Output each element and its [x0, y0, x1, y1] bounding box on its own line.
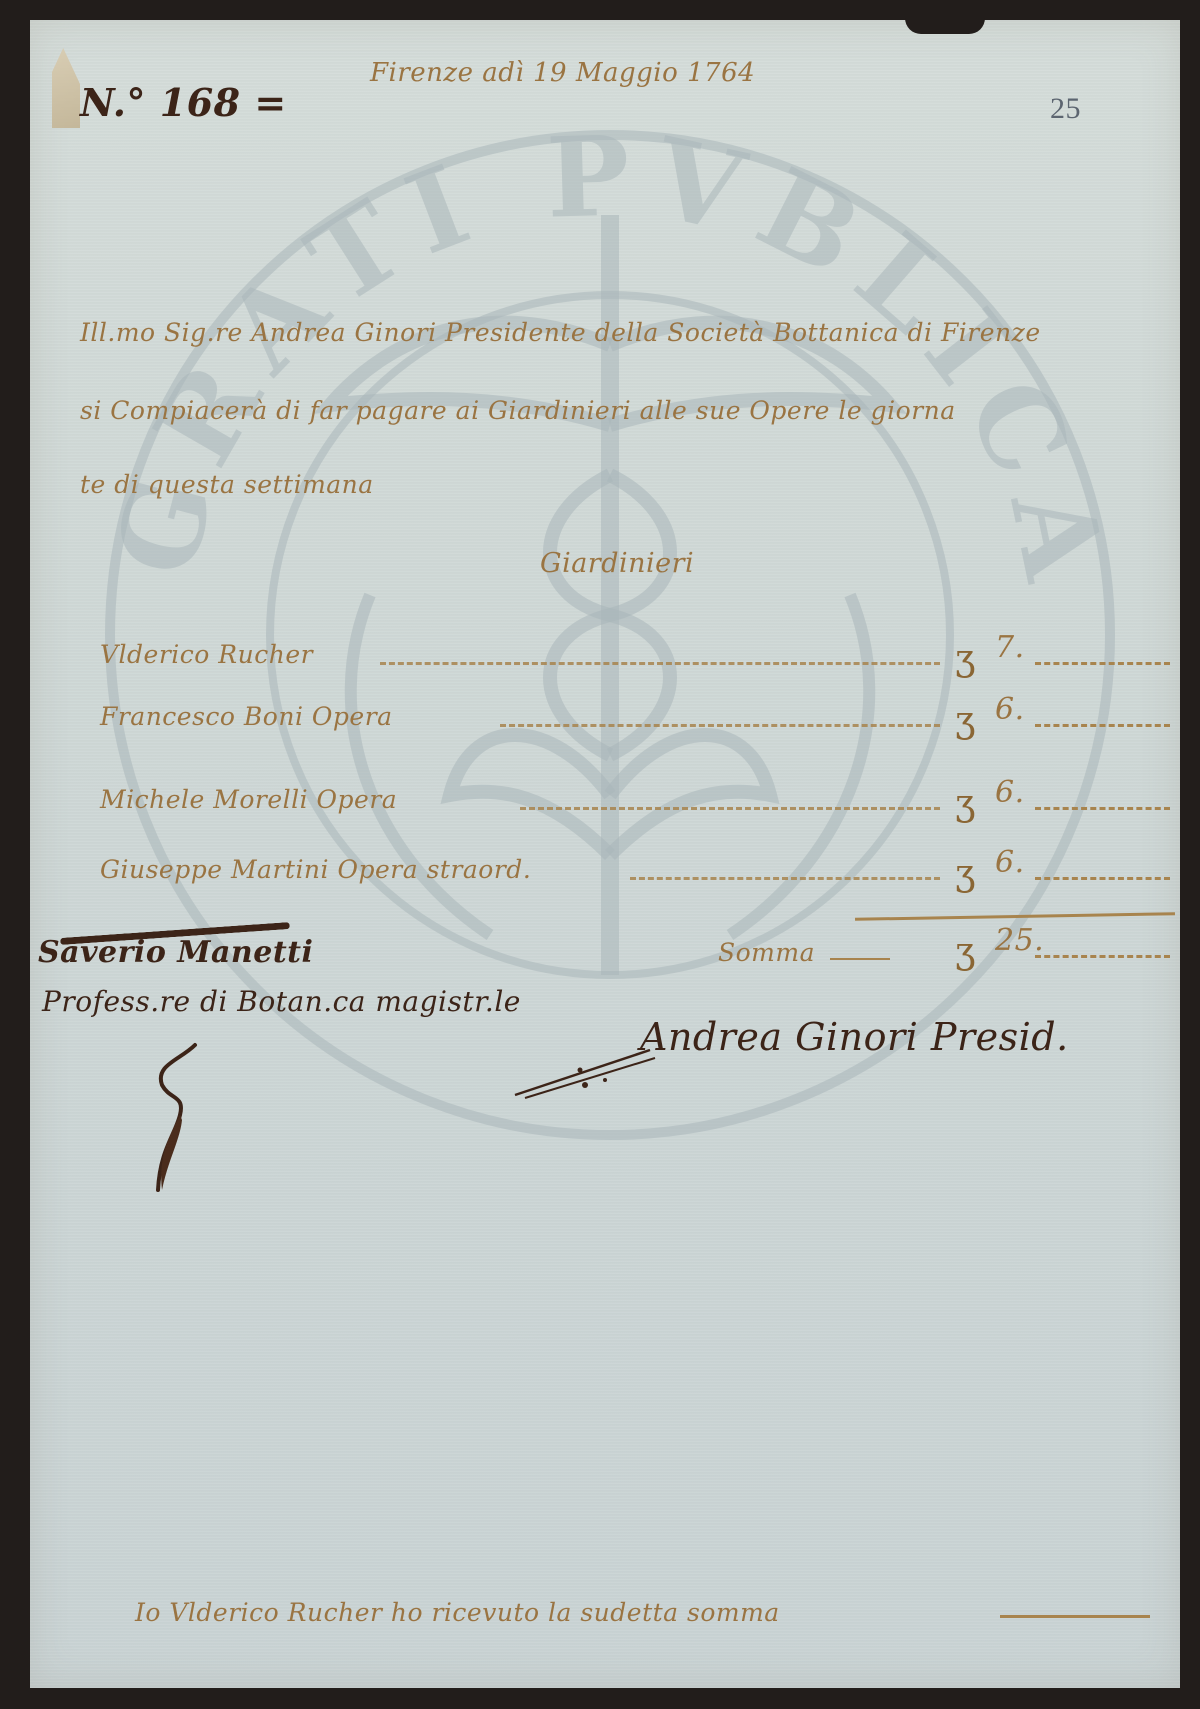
- ledger-amount: 7.: [995, 630, 1025, 665]
- scudi-symbol-icon: ʒ: [955, 783, 975, 824]
- scudi-symbol-icon: ʒ: [955, 931, 975, 972]
- body-line-3: te di questa settimana: [80, 470, 374, 499]
- ledger-name: Vlderico Rucher: [100, 640, 313, 669]
- leader-dots: [630, 877, 940, 880]
- date-line: Firenze adì 19 Maggio 1764: [370, 58, 755, 88]
- receipt-rule: [1000, 1615, 1150, 1618]
- leader-tail: [1035, 662, 1170, 665]
- leader-tail: [1035, 807, 1170, 810]
- signature-manetti-name: Saverio Manetti: [38, 935, 313, 970]
- ledger-amount: 6.: [995, 692, 1025, 727]
- ledger-name: Francesco Boni Opera: [100, 702, 393, 731]
- torn-corner: [52, 48, 80, 128]
- reference-number: N.° 168 =: [80, 80, 287, 125]
- signature-manetti-title: Profess.re di Botan.ca magistr.le: [42, 985, 521, 1018]
- ledger-name: Giuseppe Martini Opera straord.: [100, 855, 531, 884]
- scudi-symbol-icon: ʒ: [955, 700, 975, 741]
- leader-tail: [1035, 955, 1170, 958]
- scudi-symbol-icon: ʒ: [955, 638, 975, 679]
- body-line-2: si Compiacerà di far pagare ai Giardinie…: [80, 396, 956, 425]
- leader-tail: [1035, 724, 1170, 727]
- signature-flourish-icon: [510, 1030, 660, 1100]
- ledger-row: Michele Morelli Opera ʒ 6.: [100, 785, 1170, 825]
- leader-dots: [380, 662, 940, 665]
- signature-flourish-icon: [140, 1040, 220, 1200]
- ledger-name: Michele Morelli Opera: [100, 785, 397, 814]
- ledger-amount: 6.: [995, 845, 1025, 880]
- ledger-row: Giuseppe Martini Opera straord. ʒ 6.: [100, 855, 1170, 895]
- total-amount: 25.: [995, 923, 1044, 958]
- body-line-1: Ill.mo Sig.re Andrea Ginori Presidente d…: [80, 318, 1041, 347]
- receipt-line: Io Vlderico Rucher ho ricevuto la sudett…: [135, 1598, 780, 1627]
- leader-dots: [500, 724, 940, 727]
- ledger-title: Giardinieri: [540, 548, 694, 579]
- leader-dots: [520, 807, 940, 810]
- ledger-row: Francesco Boni Opera ʒ 6.: [100, 702, 1170, 742]
- folio-number: 25: [1050, 92, 1081, 126]
- leader-tail: [1035, 877, 1170, 880]
- ledger-amount: 6.: [995, 775, 1025, 810]
- edge-damage: [905, 18, 985, 34]
- signature-ginori: Andrea Ginori Presid.: [640, 1015, 1069, 1059]
- scudi-symbol-icon: ʒ: [955, 853, 975, 894]
- ledger-row: Vlderico Rucher ʒ 7.: [100, 640, 1170, 680]
